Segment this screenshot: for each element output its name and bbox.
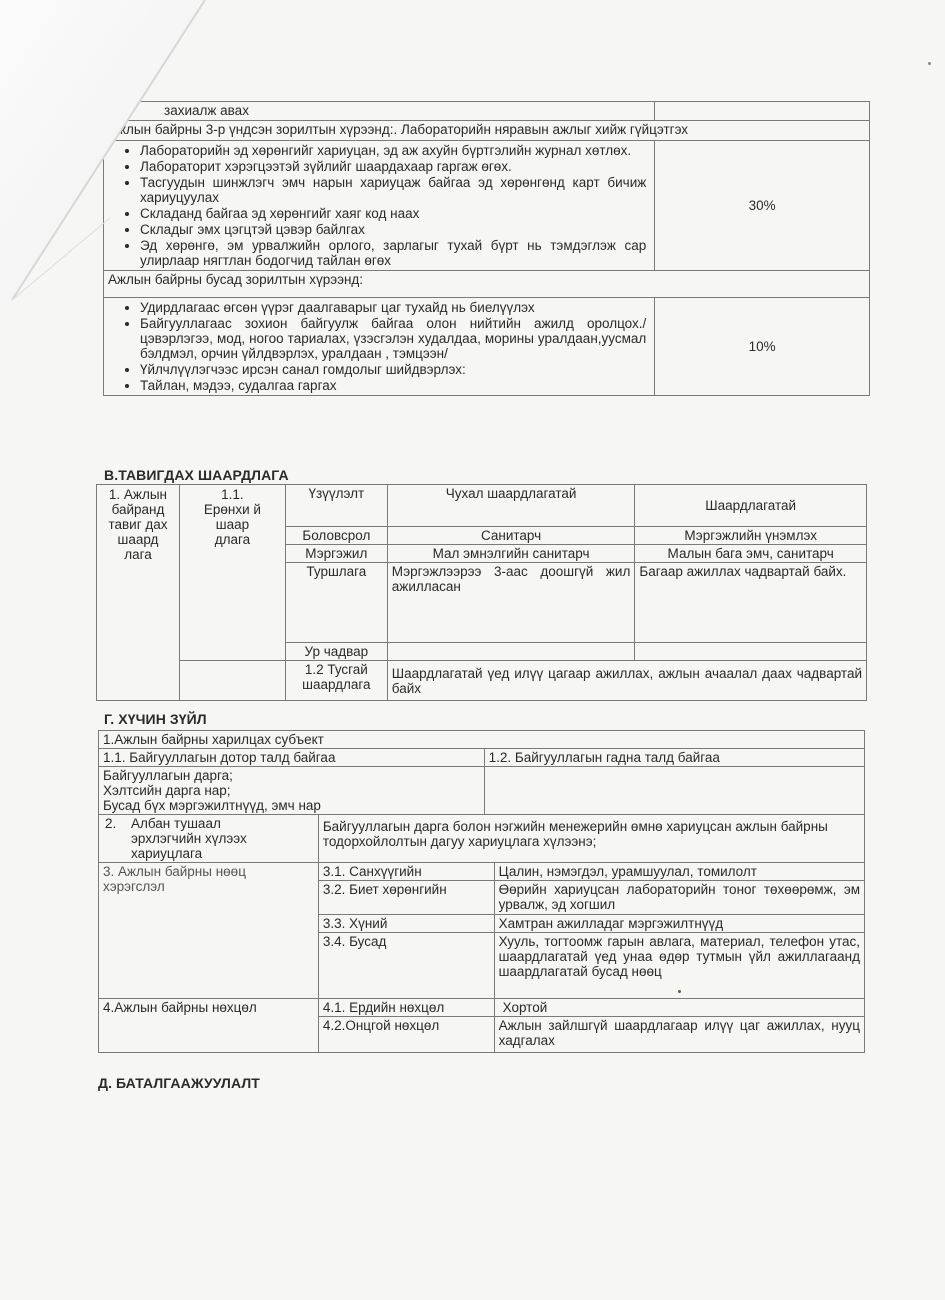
resource-type: 3.3. Хүний bbox=[318, 915, 494, 933]
list-item: Байгууллагын дарга; bbox=[103, 768, 480, 783]
list-item: Тасгуудын шинжлэгч эмч нарын хариуцаж ба… bbox=[140, 175, 646, 205]
resource-value: Цалин, нэмэгдэл, урамшуулал, томилолт bbox=[494, 863, 864, 881]
external-label: 1.2. Байгууллагын гадна талд байгаа bbox=[484, 749, 864, 767]
scan-speck bbox=[928, 62, 931, 65]
prev-item-continuation: захиалж авах bbox=[104, 102, 655, 121]
resources-label: 3. Ажлын байрны нөөц хэрэгслэл bbox=[99, 863, 319, 999]
internal-label: 1.1. Байгууллагын дотор талд байгаа bbox=[99, 749, 485, 767]
list-item: Тайлан, мэдээ, судалгаа гаргах bbox=[140, 378, 646, 393]
special-requirements-value: Шаардлагатай үед илүү цагаар ажиллах, аж… bbox=[387, 661, 866, 701]
goal3-list: Лабораторийн эд хөрөнгийг хариуцан, эд а… bbox=[108, 143, 646, 268]
table-row: 1. Ажлын байранд тавиг дах шаард лага 1.… bbox=[97, 485, 867, 527]
responsibility-label: 2. Албан тушаал эрхлэгчийн хүлээх хариуц… bbox=[99, 815, 319, 863]
section-g-title: Г. ХҮЧИН ЗҮЙЛ bbox=[104, 711, 207, 727]
table-row: 4.Ажлын байрны нөхцөл 4.1. Ердийн нөхцөл… bbox=[99, 999, 865, 1017]
criterion-cell: Туршлага bbox=[285, 563, 387, 643]
condition-type: 4.2.Онцгой нөхцөл bbox=[318, 1017, 494, 1053]
list-item: Лабораторит хэрэгцээтэй зүйлийг шаардаха… bbox=[140, 159, 646, 174]
essential-cell bbox=[387, 643, 635, 661]
table-row: 1.Ажлын байрны харилцах субъект bbox=[99, 731, 865, 749]
list-item: Үйлчлүүлэгчээс ирсэн санал гомдолыг шийд… bbox=[140, 362, 646, 377]
table-row: Ажлын байрны 3-р үндсэн зорилтын хүрээнд… bbox=[104, 121, 870, 141]
other-goals-list: Удирдлагаас өгсөн үүрэг даалгаварыг цаг … bbox=[108, 300, 646, 393]
condition-value: Хортой bbox=[494, 999, 864, 1017]
list-item: Эд хөрөнгө, эм урвалжийн орлого, зарлагы… bbox=[140, 238, 646, 268]
essential-cell: Мал эмнэлгийн санитарч bbox=[387, 545, 635, 563]
empty-cell bbox=[179, 661, 285, 701]
resource-type: 3.2. Биет хөрөнгийн bbox=[318, 881, 494, 915]
essential-cell: Санитарч bbox=[387, 527, 635, 545]
workplace-requirements-label: 1. Ажлын байранд тавиг дах шаард лага bbox=[97, 485, 180, 701]
prev-percent-cell bbox=[655, 102, 870, 121]
section-v-title: В.ТАВИГДАХ ШААРДЛАГА bbox=[104, 467, 289, 483]
goal3-header: Ажлын байрны 3-р үндсэн зорилтын хүрээнд… bbox=[104, 121, 870, 141]
list-item: Бусад бүх мэргэжилтнүүд, эмч нар bbox=[103, 798, 480, 813]
condition-value: Ажлын зайлшгүй шаардлагаар илүү цаг ажил… bbox=[494, 1017, 864, 1053]
external-list-cell bbox=[484, 767, 864, 815]
table-row: Удирдлагаас өгсөн үүрэг даалгаварыг цаг … bbox=[104, 298, 870, 396]
responsibility-label-text: Албан тушаал эрхлэгчийн хүлээх хариуцлаг… bbox=[131, 816, 314, 861]
criterion-cell: Ур чадвар bbox=[285, 643, 387, 661]
essential-header: Чухал шаардлагатай bbox=[387, 485, 635, 527]
required-cell: Малын бага эмч, санитарч bbox=[635, 545, 867, 563]
special-requirements-label: 1.2 Тусгай шаардлага bbox=[285, 661, 387, 701]
required-cell: Мэргэжлийн үнэмлэх bbox=[635, 527, 867, 545]
scan-speck bbox=[678, 990, 681, 993]
required-cell bbox=[635, 643, 867, 661]
criterion-header: Үзүүлэлт bbox=[285, 485, 387, 527]
required-cell: Багаар ажиллах чадвартай байх. bbox=[635, 563, 867, 643]
table-row: Ажлын байрны бусад зорилтын хүрээнд: bbox=[104, 271, 870, 298]
criterion-cell: Мэргэжил bbox=[285, 545, 387, 563]
list-item: Складанд байгаа эд хөрөнгийг хаяг код на… bbox=[140, 206, 646, 221]
responsibility-num: 2. bbox=[105, 816, 131, 861]
other-goals-list-cell: Удирдлагаас өгсөн үүрэг даалгаварыг цаг … bbox=[104, 298, 655, 396]
table-row: захиалж авах bbox=[104, 102, 870, 121]
goals-table: захиалж авах Ажлын байрны 3-р үндсэн зор… bbox=[103, 101, 870, 396]
table-row: 1.1. Байгууллагын дотор талд байгаа 1.2.… bbox=[99, 749, 865, 767]
other-goals-percent: 10% bbox=[655, 298, 870, 396]
list-item: Складыг эмх цэгцтэй цэвэр байлгах bbox=[140, 222, 646, 237]
criterion-cell: Боловсрол bbox=[285, 527, 387, 545]
table-row: 3. Ажлын байрны нөөц хэрэгслэл 3.1. Санх… bbox=[99, 863, 865, 881]
scanned-page: захиалж авах Ажлын байрны 3-р үндсэн зор… bbox=[0, 0, 945, 1300]
list-item: Байгууллагаас зохион байгуулж байгаа оло… bbox=[140, 316, 646, 361]
subjects-header: 1.Ажлын байрны харилцах субъект bbox=[99, 731, 865, 749]
resource-value: Хууль, тогтоомж гарын авлага, материал, … bbox=[494, 933, 864, 999]
table-row: 1.2 Тусгай шаардлага Шаардлагатай үед ил… bbox=[97, 661, 867, 701]
essential-cell: Мэргэжлээрээ 3-аас доошгүй жил ажилласан bbox=[387, 563, 635, 643]
list-item: Хэлтсийн дарга нар; bbox=[103, 783, 480, 798]
resource-value: Өөрийн хариуцсан лабораторийн тоног төхө… bbox=[494, 881, 864, 915]
list-item: Лабораторийн эд хөрөнгийг хариуцан, эд а… bbox=[140, 143, 646, 158]
section-d-title: Д. БАТАЛГААЖУУЛАЛТ bbox=[98, 1075, 260, 1091]
resource-type: 3.1. Санхүүгийн bbox=[318, 863, 494, 881]
table-row: 2. Албан тушаал эрхлэгчийн хүлээх хариуц… bbox=[99, 815, 865, 863]
condition-type: 4.1. Ердийн нөхцөл bbox=[318, 999, 494, 1017]
goal3-percent: 30% bbox=[655, 141, 870, 271]
requirements-table: 1. Ажлын байранд тавиг дах шаард лага 1.… bbox=[96, 484, 867, 701]
factors-table: 1.Ажлын байрны харилцах субъект 1.1. Бай… bbox=[98, 730, 865, 1053]
responsibility-value: Байгууллагын дарга болон нэгжийн менежер… bbox=[318, 815, 864, 863]
table-row: Байгууллагын дарга; Хэлтсийн дарга нар; … bbox=[99, 767, 865, 815]
general-requirements-label: 1.1. Ерөнхи й шаар длага bbox=[179, 485, 285, 661]
table-row: Лабораторийн эд хөрөнгийг хариуцан, эд а… bbox=[104, 141, 870, 271]
required-header: Шаардлагатай bbox=[635, 485, 867, 527]
resource-type: 3.4. Бусад bbox=[318, 933, 494, 999]
goal3-list-cell: Лабораторийн эд хөрөнгийг хариуцан, эд а… bbox=[104, 141, 655, 271]
internal-list-cell: Байгууллагын дарга; Хэлтсийн дарга нар; … bbox=[99, 767, 485, 815]
conditions-label: 4.Ажлын байрны нөхцөл bbox=[99, 999, 319, 1053]
other-goals-header: Ажлын байрны бусад зорилтын хүрээнд: bbox=[104, 271, 870, 298]
resource-value: Хамтран ажилладаг мэргэжилтнүүд bbox=[494, 915, 864, 933]
list-item: Удирдлагаас өгсөн үүрэг даалгаварыг цаг … bbox=[140, 300, 646, 315]
